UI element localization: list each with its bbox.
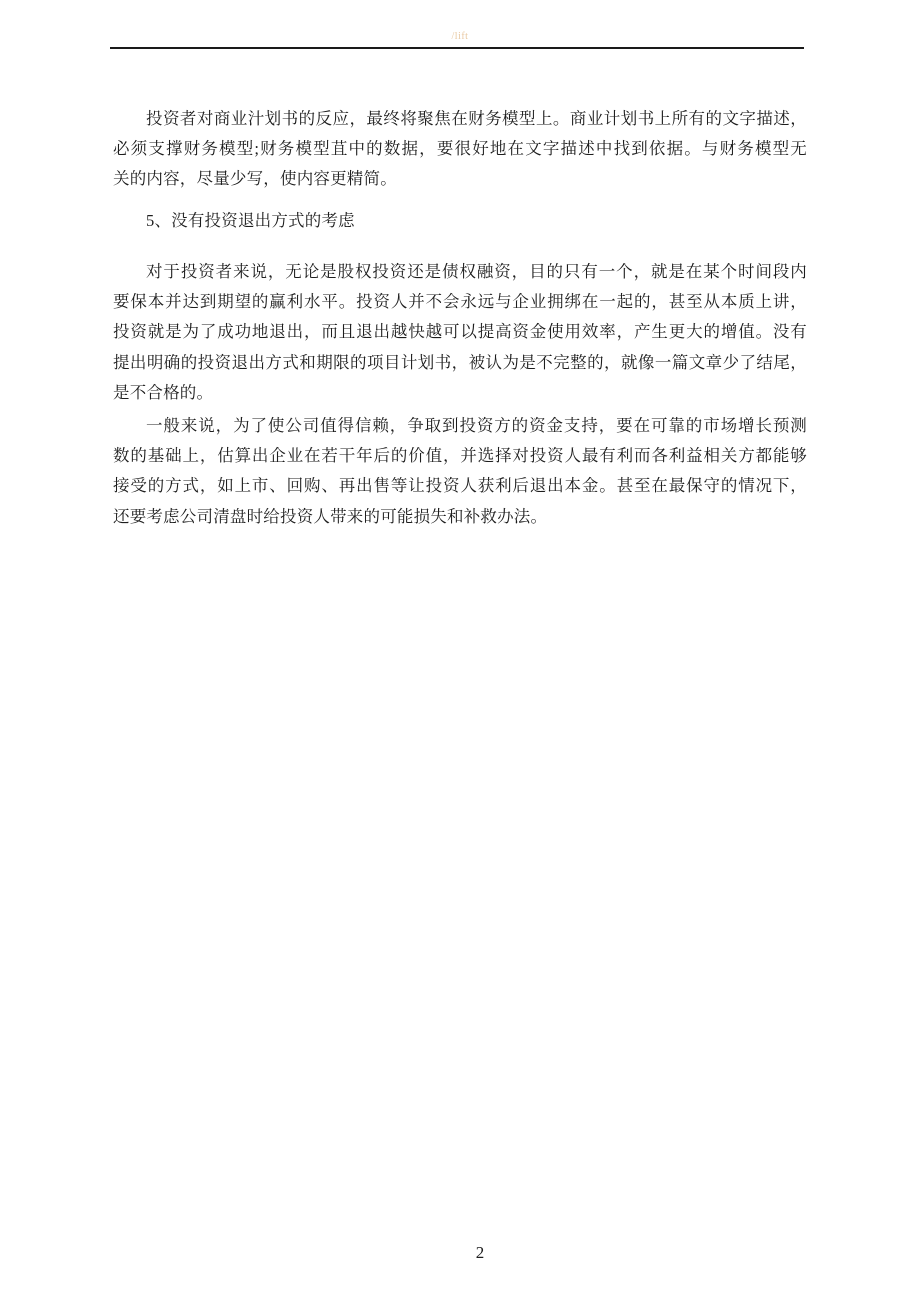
header-watermark: /lift — [0, 31, 920, 42]
body-line: 接受的方式，如上市、回购、再出售等让投资人获利后退出本金。甚至在最保守的情况下， — [113, 471, 807, 501]
body-line: 数的基础上，估算出企业在若干年后的价值，并选择对投资人最有利而各利益相关方都能够 — [113, 441, 807, 471]
section-heading-5: 5、没有投资退出方式的考虑 — [113, 206, 807, 236]
page-number: 2 — [440, 1243, 520, 1263]
paragraph-1: 投资者对商业汁划书的反应，最终将聚焦在财务模型上。商业计划书上所有的文字描述， … — [113, 104, 807, 195]
document-page: /lift 投资者对商业汁划书的反应，最终将聚焦在财务模型上。商业计划书上所有的… — [0, 0, 920, 1301]
body-line: 提出明确的投资退出方式和期限的项目计划书，被认为是不完整的，就像一篇文章少了结尾… — [113, 348, 807, 378]
heading-text: 5、没有投资退出方式的考虑 — [113, 206, 807, 236]
body-line: 对于投资者来说，无论是股权投资还是债权融资，目的只有一个，就是在某个时间段内 — [113, 257, 807, 287]
body-line: 必须支撑财务模型;财务模型苴中的数据，要很好地在文字描述中找到依据。与财务模型无 — [113, 134, 807, 164]
header-rule — [110, 47, 804, 49]
body-line: 要保本并达到期望的赢利水平。投资人并不会永远与企业拥绑在一起的，甚至从本质上讲， — [113, 287, 807, 317]
body-line: 投资者对商业汁划书的反应，最终将聚焦在财务模型上。商业计划书上所有的文字描述， — [113, 104, 807, 134]
paragraph-3: 一般来说，为了使公司值得信赖，争取到投资方的资金支持，要在可靠的市场增长预测 数… — [113, 411, 807, 532]
body-line: 还要考虑公司清盘时给投资人带来的可能损失和补救办法。 — [113, 502, 807, 532]
body-line: 投资就是为了成功地退出，而且退出越快越可以提高资金使用效率，产生更大的增值。没有 — [113, 317, 807, 347]
body-line: 一般来说，为了使公司值得信赖，争取到投资方的资金支持，要在可靠的市场增长预测 — [113, 411, 807, 441]
body-line: 关的内容，尽量少写，使内容更精简。 — [113, 164, 807, 194]
paragraph-2: 对于投资者来说，无论是股权投资还是债权融资，目的只有一个，就是在某个时间段内 要… — [113, 257, 807, 408]
body-line: 是不合格的。 — [113, 378, 807, 408]
